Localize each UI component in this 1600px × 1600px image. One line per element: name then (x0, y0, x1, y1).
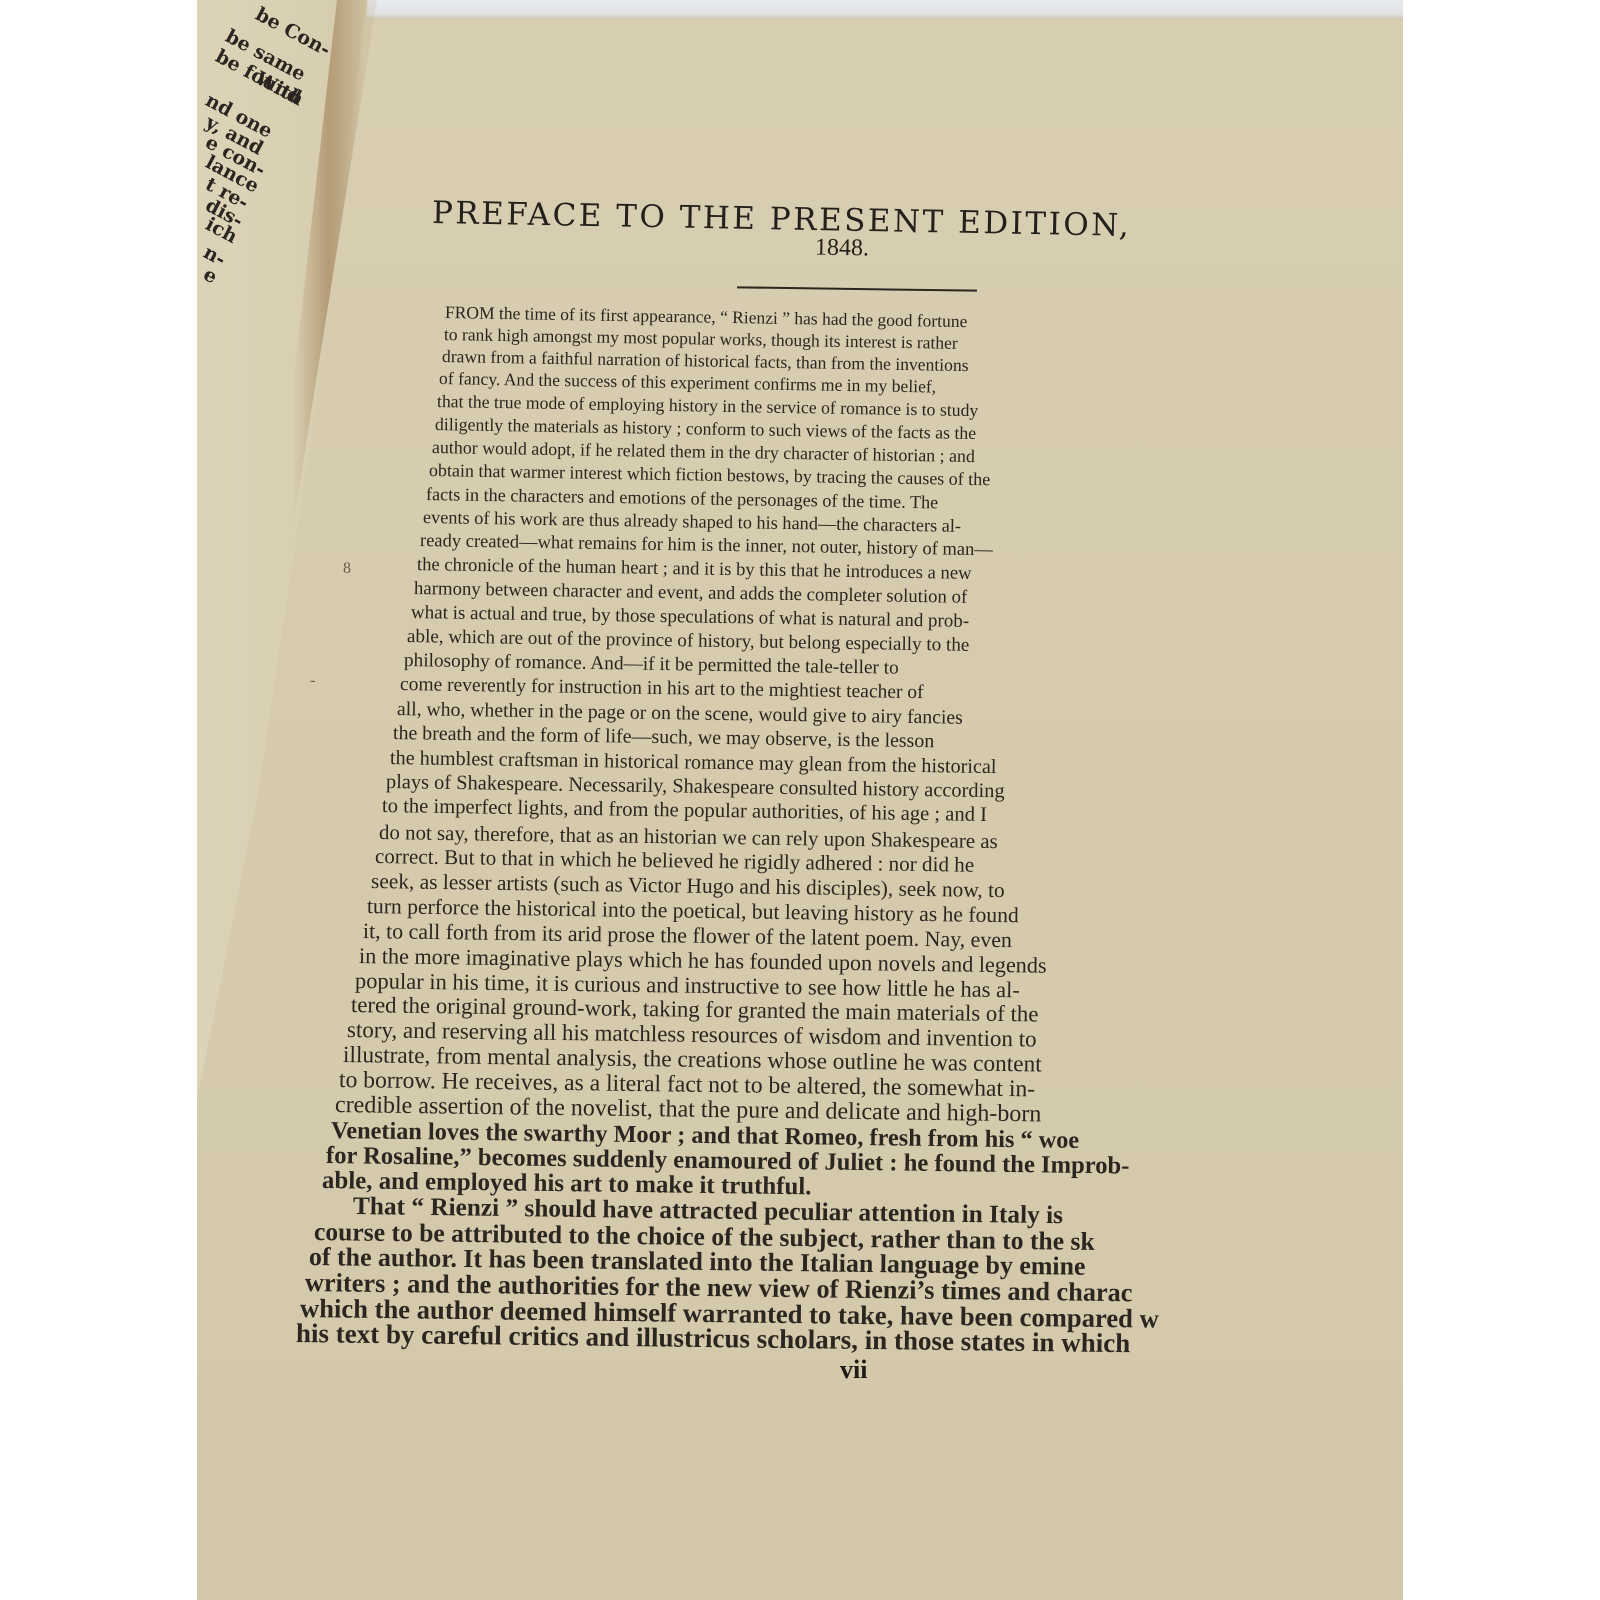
page-subtitle-year: 1848. (815, 235, 869, 263)
page-number: vii (840, 1355, 867, 1385)
margin-mark: - (310, 672, 315, 690)
background-strip (366, 0, 1403, 20)
margin-mark: 8 (343, 560, 351, 578)
